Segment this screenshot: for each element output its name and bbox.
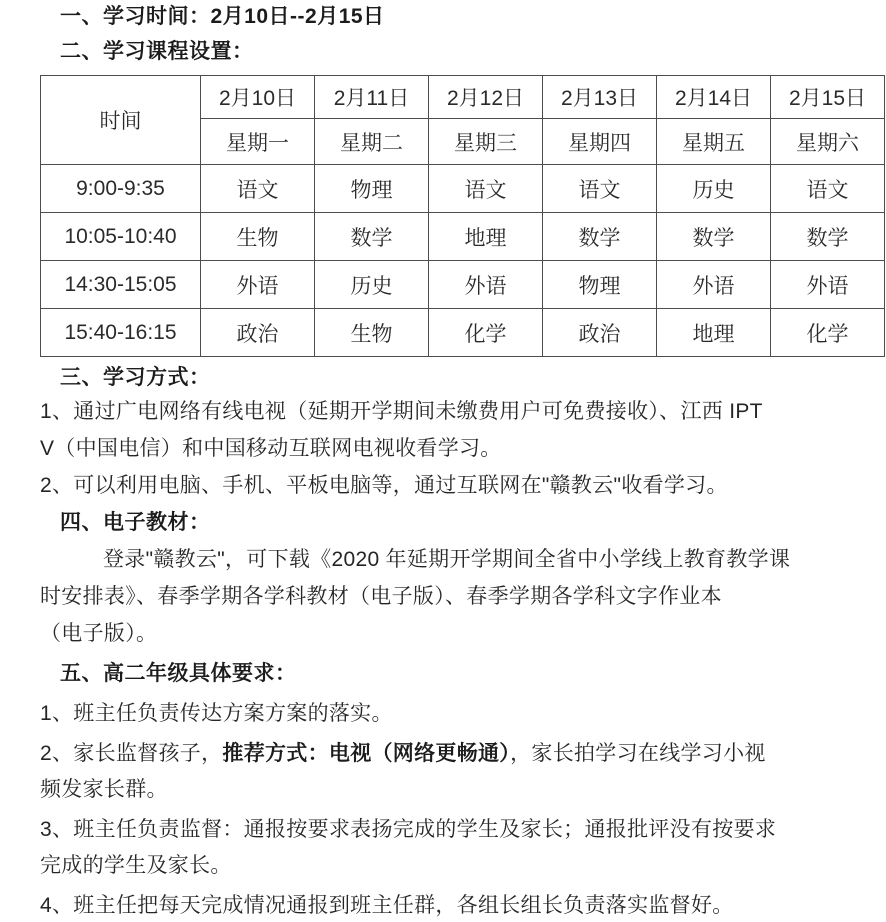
subject-cell: 外语 [429,261,543,309]
document-page: 一、学习时间：2月10日--2月15日 二、学习课程设置： 时间 2月10日 2… [0,0,886,922]
time-slot-cell: 9:00-9:35 [41,165,201,213]
weekday-header-cell: 星期三 [429,119,543,165]
section-heading-study-method: 三、学习方式： [40,363,886,393]
date-header-cell: 2月14日 [657,76,771,119]
e-textbook-line: （电子版）。 [40,615,886,652]
subject-cell: 物理 [543,261,657,309]
section-heading-course-setup: 二、学习课程设置： [40,39,886,65]
subject-cell: 物理 [315,165,429,213]
requirement-item-3: 3、班主任负责监督：通报按要求表扬完成的学生及家长；通报批评没有按要求 [40,812,886,848]
requirement-item-1: 1、班主任负责传达方案方案的落实。 [40,696,886,732]
subject-cell: 数学 [315,213,429,261]
weekday-header-cell: 星期一 [201,119,315,165]
study-method-line: 1、通过广电网络有线电视（延期开学期间未缴费用户可免费接收）、江西 IPT [40,393,886,430]
table-row-period-3: 14:30-15:05 外语 历史 外语 物理 外语 外语 [41,261,885,309]
time-column-header: 时间 [41,76,201,165]
subject-cell: 化学 [771,309,885,357]
weekday-header-cell: 星期二 [315,119,429,165]
course-schedule-table: 时间 2月10日 2月11日 2月12日 2月13日 2月14日 2月15日 星… [40,75,885,357]
subject-cell: 化学 [429,309,543,357]
subject-cell: 语文 [429,165,543,213]
subject-cell: 历史 [315,261,429,309]
date-header-cell: 2月12日 [429,76,543,119]
subject-cell: 数学 [771,213,885,261]
section-heading-grade-requirements: 五、高二年级具体要求： [40,655,886,692]
subject-cell: 语文 [543,165,657,213]
time-slot-cell: 10:05-10:40 [41,213,201,261]
subject-cell: 政治 [543,309,657,357]
requirement-item-2-bold: 推荐方式：电视（网络更畅通） [222,742,510,765]
subject-cell: 数学 [657,213,771,261]
weekday-header-cell: 星期五 [657,119,771,165]
study-method-line: V（中国电信）和中国移动互联网电视收看学习。 [40,430,886,467]
e-textbook-line: 登录"赣教云"，可下载《2020 年延期开学期间全省中小学线上教育教学课 [40,541,886,578]
weekday-header-cell: 星期四 [543,119,657,165]
time-slot-cell: 14:30-15:05 [41,261,201,309]
subject-cell: 生物 [315,309,429,357]
requirement-item-2-post: ，家长拍学习在线学习小视 [510,742,766,765]
subject-cell: 外语 [771,261,885,309]
subject-cell: 历史 [657,165,771,213]
section-heading-e-textbook: 四、电子教材： [40,504,886,541]
weekday-header-cell: 星期六 [771,119,885,165]
subject-cell: 外语 [657,261,771,309]
requirement-item-4: 4、班主任把每天完成情况通报到班主任群，各组长组长负责落实监督好。 [40,888,886,922]
table-row-period-2: 10:05-10:40 生物 数学 地理 数学 数学 数学 [41,213,885,261]
e-textbook-line: 时安排表》、春季学期各学科教材（电子版）、春季学期各学科文字作业本 [40,578,886,615]
subject-cell: 地理 [657,309,771,357]
table-row-dates: 时间 2月10日 2月11日 2月12日 2月13日 2月14日 2月15日 [41,76,885,119]
table-row-period-1: 9:00-9:35 语文 物理 语文 语文 历史 语文 [41,165,885,213]
table-row-period-4: 15:40-16:15 政治 生物 化学 政治 地理 化学 [41,309,885,357]
time-slot-cell: 15:40-16:15 [41,309,201,357]
subject-cell: 数学 [543,213,657,261]
study-method-line: 2、可以利用电脑、手机、平板电脑等，通过互联网在"赣教云"收看学习。 [40,467,886,504]
subject-cell: 语文 [771,165,885,213]
subject-cell: 外语 [201,261,315,309]
subject-cell: 地理 [429,213,543,261]
requirement-item-3-continuation: 完成的学生及家长。 [40,848,886,884]
subject-cell: 政治 [201,309,315,357]
date-header-cell: 2月10日 [201,76,315,119]
section-heading-study-time: 一、学习时间：2月10日--2月15日 [40,4,886,30]
requirement-item-2-pre: 2、家长监督孩子， [40,742,222,765]
date-header-cell: 2月13日 [543,76,657,119]
date-header-cell: 2月11日 [315,76,429,119]
subject-cell: 生物 [201,213,315,261]
date-header-cell: 2月15日 [771,76,885,119]
subject-cell: 语文 [201,165,315,213]
requirement-item-2-continuation: 频发家长群。 [40,772,886,808]
requirement-item-2: 2、家长监督孩子，推荐方式：电视（网络更畅通），家长拍学习在线学习小视 [40,736,886,772]
